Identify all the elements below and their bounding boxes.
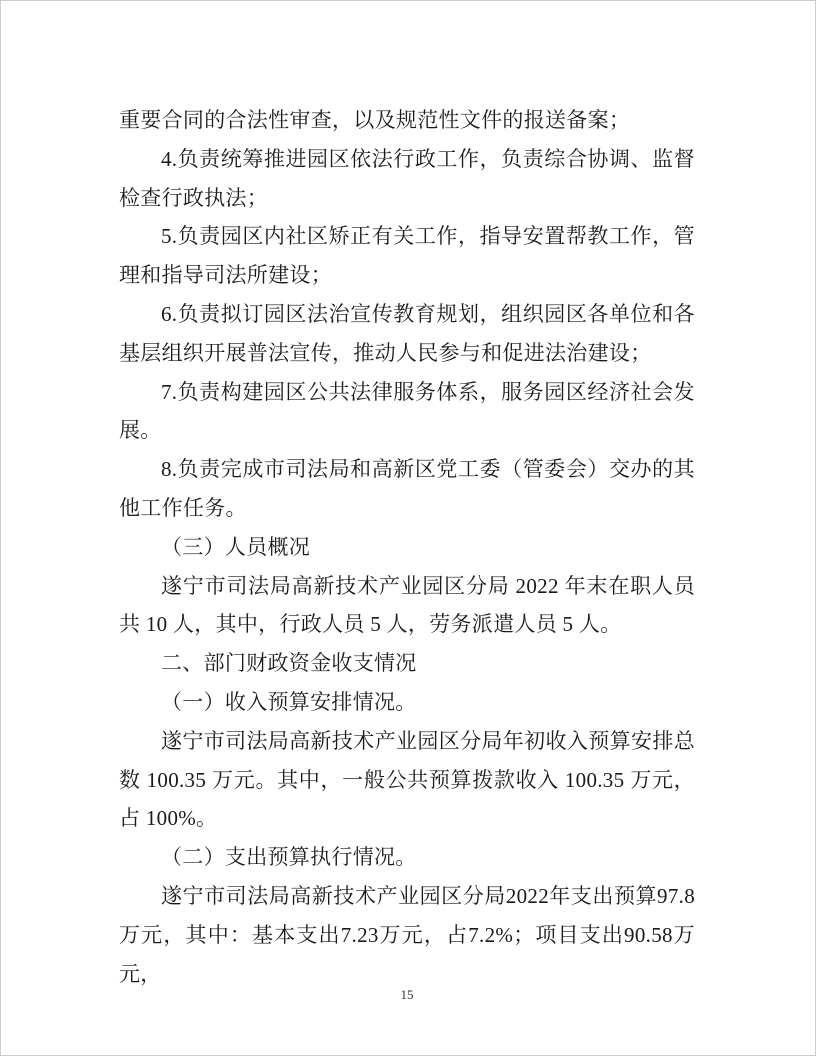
heading-personnel-overview: （三）人员概况 bbox=[119, 528, 695, 567]
page-number: 15 bbox=[119, 987, 695, 1003]
paragraph-duty-6: 6.负责拟订园区法治宣传教育规划，组织园区各单位和各基层组织开展普法宣传，推动人… bbox=[119, 295, 695, 373]
document-body: 重要合同的合法性审查，以及规范性文件的报送备案； 4.负责统筹推进园区依法行政工… bbox=[119, 101, 695, 993]
heading-expenditure-budget: （二）支出预算执行情况。 bbox=[119, 838, 695, 877]
paragraph-duty-5: 5.负责园区内社区矫正有关工作，指导安置帮教工作，管理和指导司法所建设； bbox=[119, 217, 695, 295]
paragraph-duty-4: 4.负责统筹推进园区依法行政工作，负责综合协调、监督检查行政执法； bbox=[119, 140, 695, 218]
paragraph-duty-8: 8.负责完成市司法局和高新区党工委（管委会）交办的其他工作任务。 bbox=[119, 450, 695, 528]
heading-revenue-budget: （一）收入预算安排情况。 bbox=[119, 683, 695, 722]
paragraph-contract-review: 重要合同的合法性审查，以及规范性文件的报送备案； bbox=[119, 101, 695, 140]
paragraph-duty-7: 7.负责构建园区公共法律服务体系，服务园区经济社会发展。 bbox=[119, 373, 695, 451]
paragraph-revenue-budget-detail: 遂宁市司法局高新技术产业园区分局年初收入预算安排总数 100.35 万元。其中，… bbox=[119, 722, 695, 838]
heading-fiscal-revenue-expenditure: 二、部门财政资金收支情况 bbox=[119, 644, 695, 683]
paragraph-expenditure-budget-detail: 遂宁市司法局高新技术产业园区分局2022年支出预算97.8万元，其中：基本支出7… bbox=[119, 877, 695, 993]
document-page: 重要合同的合法性审查，以及规范性文件的报送备案； 4.负责统筹推进园区依法行政工… bbox=[0, 0, 816, 1056]
paragraph-personnel-detail: 遂宁市司法局高新技术产业园区分局 2022 年末在职人员共 10 人，其中，行政… bbox=[119, 567, 695, 645]
